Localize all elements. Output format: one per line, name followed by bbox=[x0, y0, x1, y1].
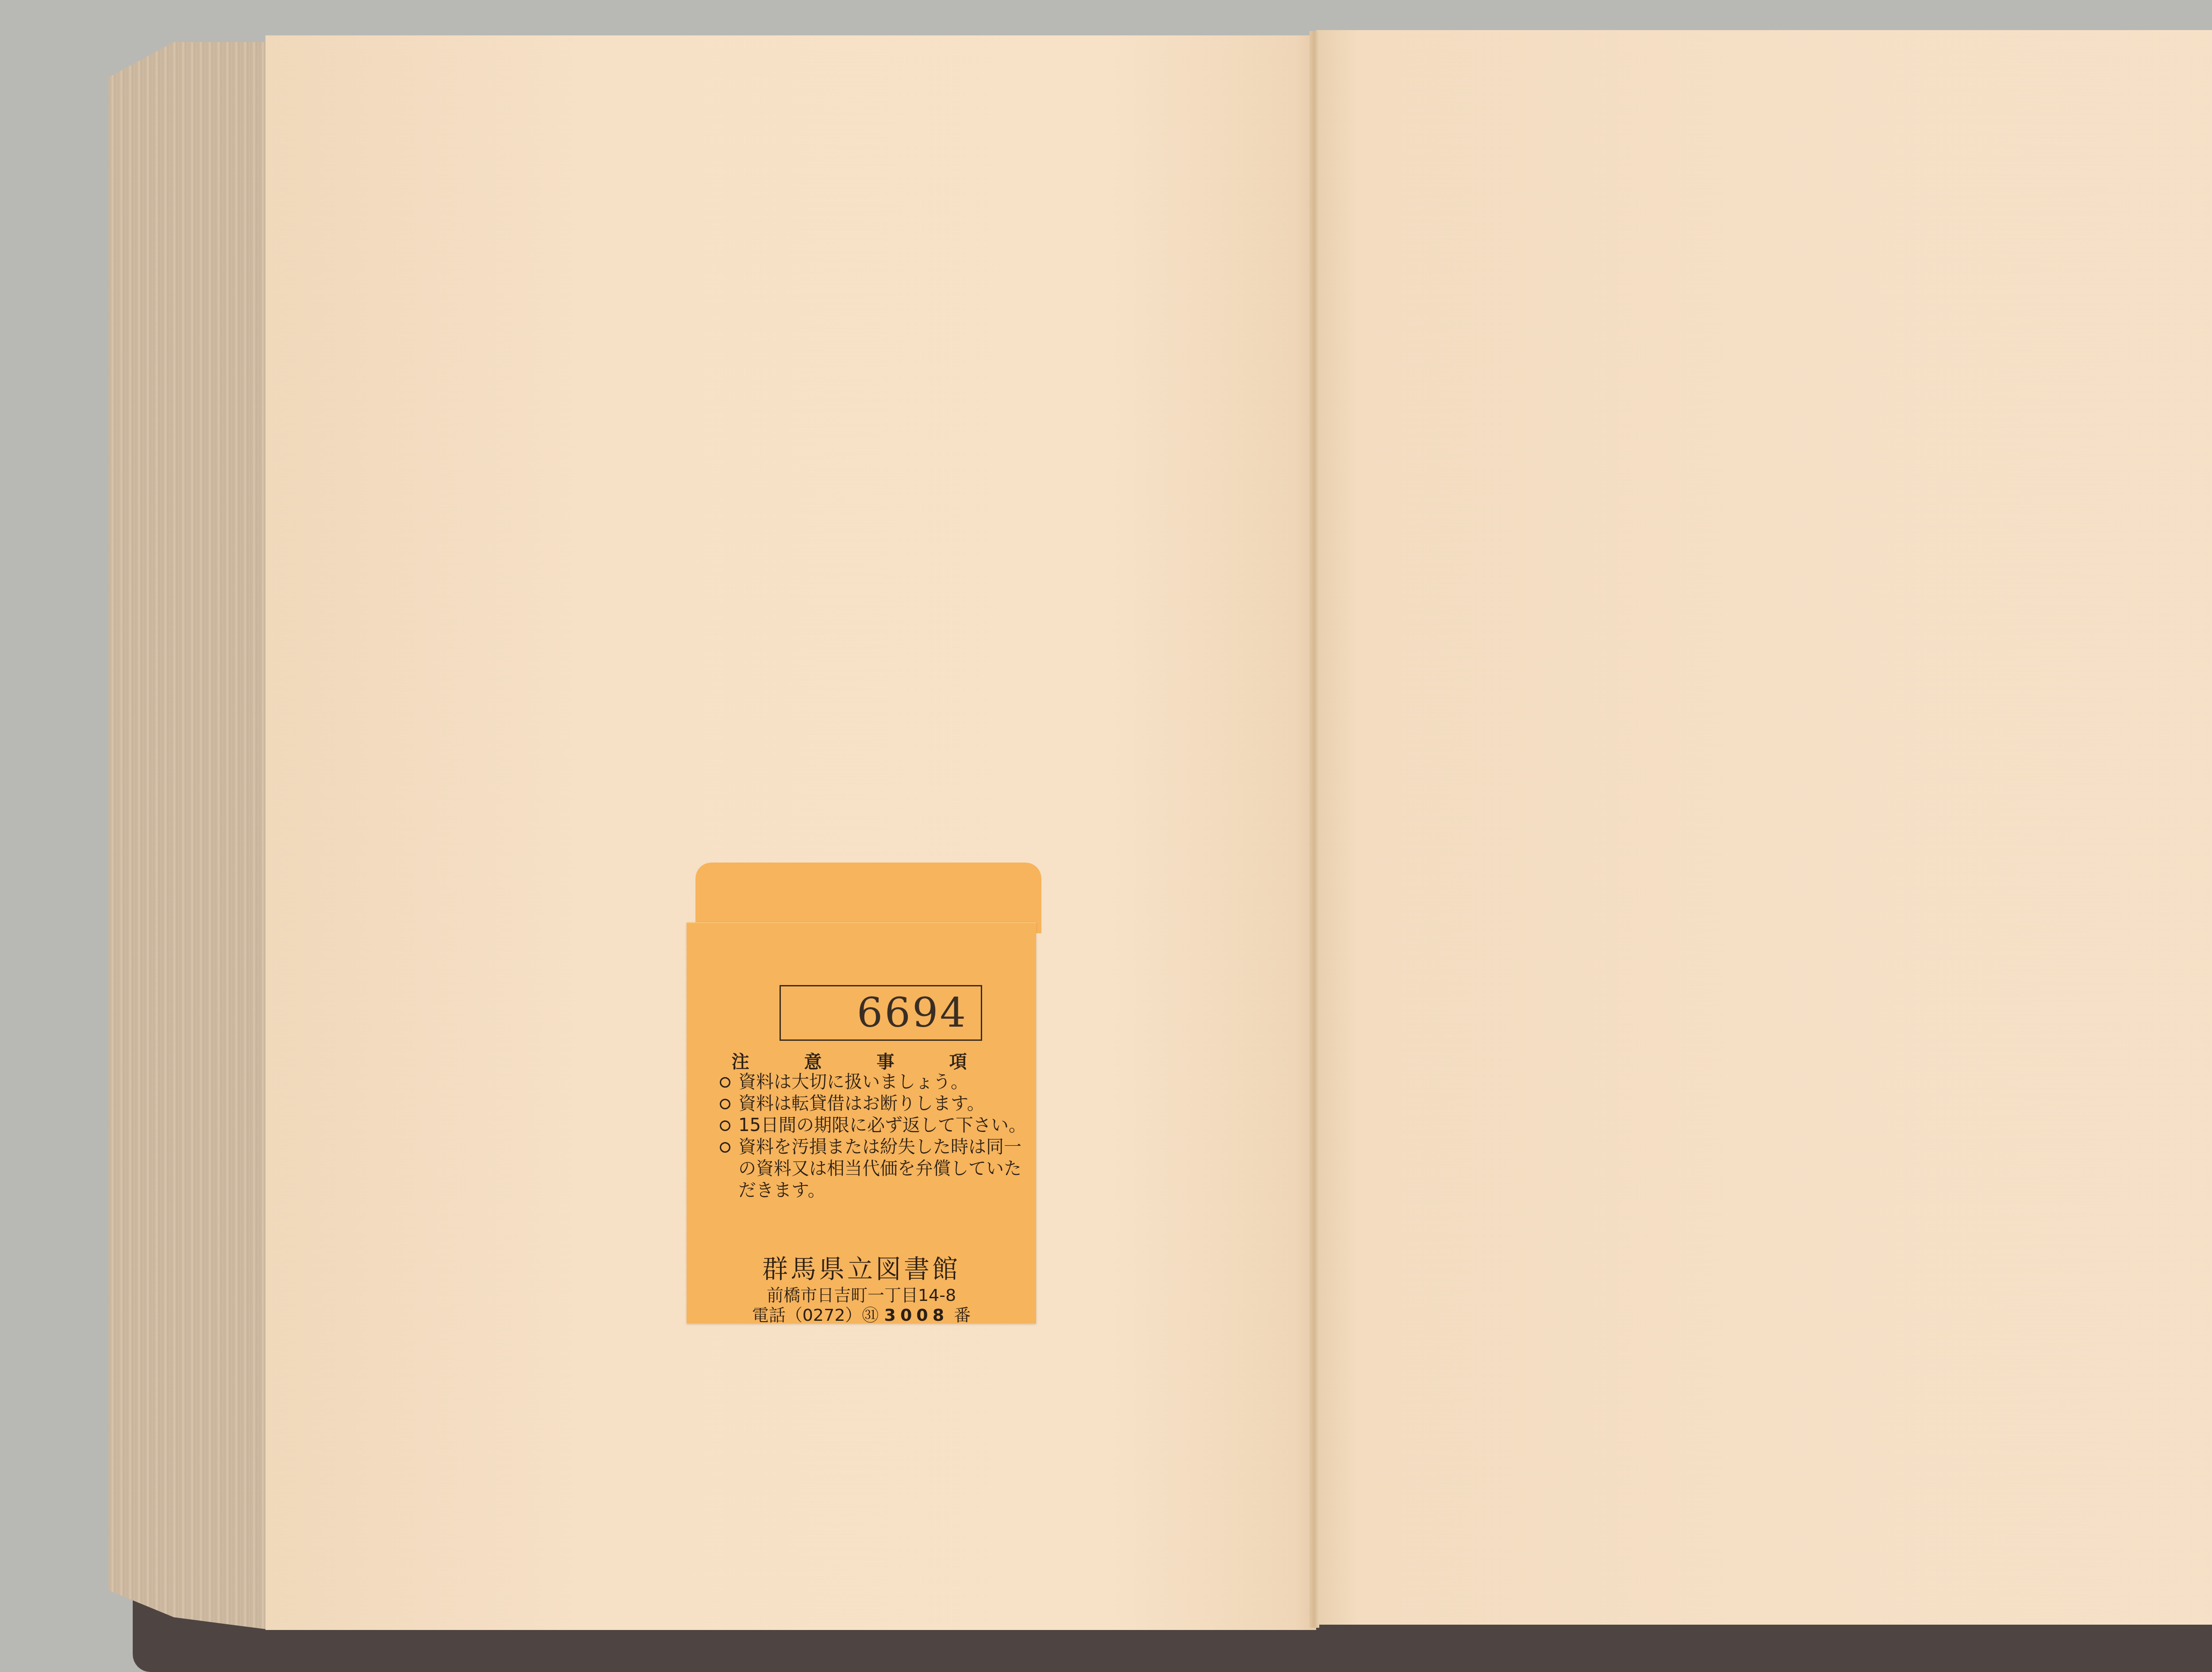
notice-title: 注 意 事 項 bbox=[687, 1048, 1036, 1073]
book-gutter bbox=[1310, 31, 1319, 1628]
library-phone: 電話（0272）㉛ 3008 番 bbox=[687, 1301, 1036, 1326]
notice-item: 資料は大切に扱いましょう。 bbox=[720, 1071, 1029, 1093]
notice-item: 資料は転貸借はお断りします。 bbox=[720, 1093, 1029, 1115]
left-page bbox=[265, 35, 1316, 1630]
card-pocket-front: 6694 注 意 事 項 資料は大切に扱いましょう。 資料は転貸借はお断りします… bbox=[687, 922, 1036, 1323]
notice-list: 資料は大切に扱いましょう。 資料は転貸借はお断りします。 15日間の期限に必ず返… bbox=[720, 1071, 1029, 1201]
phone-suffix: 番 bbox=[954, 1305, 971, 1325]
page-block-fore-edge bbox=[108, 42, 272, 1630]
accession-number: 6694 bbox=[780, 985, 982, 1041]
notice-item: 資料を汚損または紛失した時は同一の資料又は相当代価を弁償していただきます。 bbox=[720, 1136, 1029, 1201]
phone-number: 3008 bbox=[884, 1305, 949, 1325]
right-page bbox=[1316, 30, 2212, 1625]
notice-item: 15日間の期限に必ず返して下さい。 bbox=[720, 1115, 1029, 1136]
phone-prefix: 電話（0272）㉛ bbox=[752, 1305, 879, 1325]
library-card-pocket: 6694 注 意 事 項 資料は大切に扱いましょう。 資料は転貸借はお断りします… bbox=[687, 863, 1041, 1323]
library-name: 群馬県立図書館 bbox=[687, 1248, 1036, 1285]
